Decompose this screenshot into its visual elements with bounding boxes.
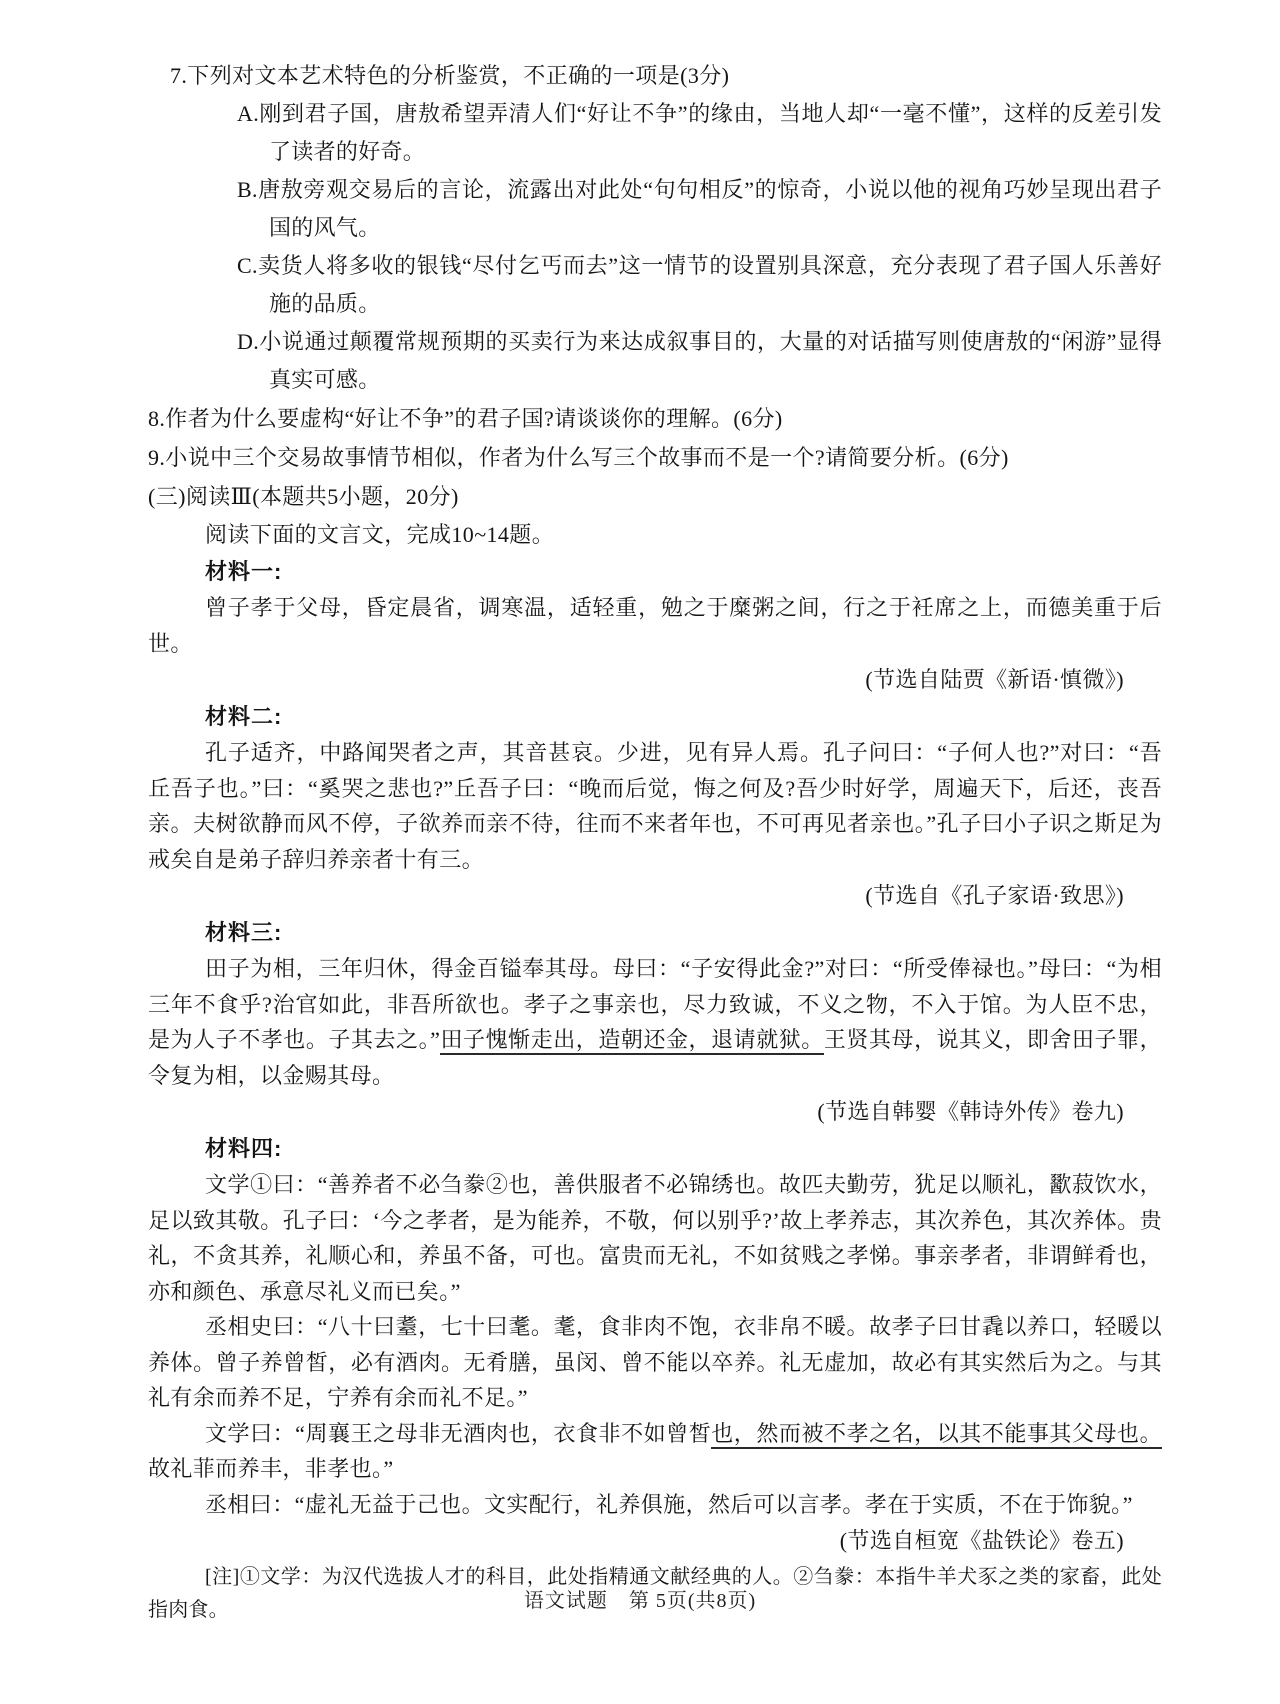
- question-7-option-b: B.唐敖旁观交易后的言论，流露出对此处“句句相反”的惊奇，小说以他的视角巧妙呈现…: [237, 171, 1162, 247]
- material-4-paragraph-4: 丞相曰：“虚礼无益于己也。文实配行，礼养俱施，然后可以言孝。孝在于实质，不在于饰…: [148, 1487, 1162, 1523]
- text-segment: 曾子孝于父母，昏定晨省，调寒温，适轻重，勉之于糜粥之间，行之于衽席之上，而德美重…: [148, 595, 1162, 656]
- question-7-option-d: D.小说通过颠覆常规预期的买卖行为来达成叙事目的，大量的对话描写则使唐敖的“闲游…: [237, 323, 1162, 399]
- question-7-option-c: C.卖货人将多收的银钱“尽付乞丐而去”这一情节的设置别具深意，充分表现了君子国人…: [237, 247, 1162, 323]
- material-4-paragraph-3: 文学曰：“周襄王之母非无酒肉也，衣食非不如曾皙也，然而被不孝之名，以其不能事其父…: [148, 1416, 1162, 1487]
- material-2-source: (节选自《孔子家语·致思》): [148, 877, 1162, 914]
- material-4-source: (节选自桓宽《盐铁论》卷五): [148, 1522, 1162, 1559]
- material-2-label: 材料二:: [148, 698, 1162, 735]
- text-segment: 丞相史曰：“八十曰耋，七十曰耄。耄，食非肉不饱，衣非帛不暖。故孝子曰甘毳以养口，…: [148, 1314, 1162, 1410]
- question-8: 8.作者为什么要虚构“好让不争”的君子国?请谈谈你的理解。(6分): [148, 399, 1162, 438]
- text-segment: 丞相曰：“虚礼无益于己也。文实配行，礼养俱施，然后可以言孝。孝在于实质，不在于饰…: [205, 1492, 1133, 1517]
- material-3-paragraph: 田子为相，三年归休，得金百镒奉其母。母曰：“子安得此金?”对曰：“所受俸禄也。”…: [148, 951, 1162, 1093]
- underlined-passage: 田子愧惭走出，造朝还金，退请就狱。: [440, 1027, 824, 1055]
- question-9: 9.小说中三个交易故事情节相似，作者为什么写三个故事而不是一个?请简要分析。(6…: [148, 438, 1162, 477]
- material-3-source: (节选自韩婴《韩诗外传》卷九): [148, 1093, 1162, 1130]
- page-content: 7.下列对文本艺术特色的分析鉴赏，不正确的一项是(3分) A.刚到君子国，唐敖希…: [148, 56, 1162, 1627]
- material-2-paragraph: 孔子适齐，中路闻哭者之声，其音甚哀。少进，见有异人焉。孔子问曰：“子何人也?”对…: [148, 735, 1162, 877]
- text-segment: 文学曰：“周襄王之母非无酒肉也，衣食非不如曾皙: [205, 1421, 711, 1446]
- exam-paper-page: 7.下列对文本艺术特色的分析鉴赏，不正确的一项是(3分) A.刚到君子国，唐敖希…: [0, 0, 1280, 1704]
- text-segment: 故礼菲而养丰，非孝也。”: [148, 1456, 394, 1481]
- text-segment: 孔子适齐，中路闻哭者之声，其音甚哀。少进，见有异人焉。孔子问曰：“子何人也?”对…: [148, 740, 1162, 872]
- page-footer: 语文试题 第 5页(共8页): [0, 1584, 1280, 1613]
- question-7-stem: 7.下列对文本艺术特色的分析鉴赏，不正确的一项是(3分): [170, 56, 1162, 95]
- material-4-label: 材料四:: [148, 1130, 1162, 1167]
- text-segment: 文学①曰：“善养者不必刍豢②也，善供服者不必锦绣也。故匹夫勤劳，犹足以顺礼，歠菽…: [148, 1172, 1162, 1304]
- question-7-option-a: A.刚到君子国，唐敖希望弄清人们“好让不争”的缘由，当地人却“一毫不懂”，这样的…: [237, 95, 1162, 171]
- material-4-paragraph-1: 文学①曰：“善养者不必刍豢②也，善供服者不必锦绣也。故匹夫勤劳，犹足以顺礼，歠菽…: [148, 1167, 1162, 1309]
- underlined-passage: 也，然而被不孝之名，以其不能事其父母也。: [711, 1421, 1162, 1449]
- material-4-paragraph-2: 丞相史曰：“八十曰耋，七十曰耄。耄，食非肉不饱，衣非帛不暖。故孝子曰甘毳以养口，…: [148, 1309, 1162, 1416]
- material-1-paragraph: 曾子孝于父母，昏定晨省，调寒温，适轻重，勉之于糜粥之间，行之于衽席之上，而德美重…: [148, 590, 1162, 661]
- section-intro: 阅读下面的文言文，完成10~14题。: [148, 516, 1162, 553]
- section-heading: (三)阅读Ⅲ(本题共5小题，20分): [148, 477, 1162, 516]
- material-3-label: 材料三:: [148, 914, 1162, 951]
- material-1-label: 材料一:: [148, 553, 1162, 590]
- material-1-source: (节选自陆贾《新语·慎微》): [148, 661, 1162, 698]
